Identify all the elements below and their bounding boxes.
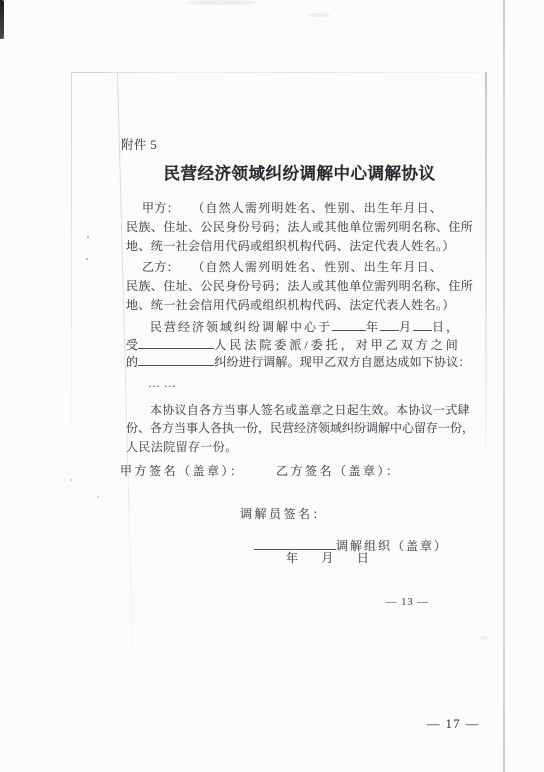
effect-line-1: 本协议自各方当事人签名或盖章之日起生效。本协议一式肆: [150, 404, 470, 416]
mediation-line-2-post: 人民法院委派/委托，对甲乙双方之间: [214, 338, 460, 352]
scan-smudge: [308, 13, 330, 17]
mediation-line-3-post: 纠纷进行调解。现甲乙双方自愿达成如下协议：: [214, 355, 470, 369]
mediation-year-label: 年: [366, 320, 380, 334]
outer-page-right-edge: [503, 0, 505, 772]
party-b-label: 乙方：: [142, 260, 179, 274]
scan-speck: [87, 236, 89, 238]
mediation-day-label: 日，: [432, 320, 460, 334]
scan-smudge: [185, 0, 257, 5]
fill-in-blank-court: [138, 336, 214, 349]
party-b-note-1: （自然人需列明姓名、性别、出生年月日、: [198, 260, 443, 274]
effect-line-3: 人民法院留存一份。: [126, 441, 238, 453]
scanned-document-page: 附件 5 民营经济领域纠纷调解中心调解协议 甲方：（自然人需列明姓名、性别、出生…: [0, 0, 544, 772]
mediation-line-3: 的纠纷进行调解。现甲乙双方自愿达成如下协议：: [126, 353, 471, 368]
party-b-line-2: 民族、住址、公民身份号码；法人或其他单位需列明名称、住所: [126, 280, 473, 292]
mediation-month-label: 月: [399, 320, 413, 334]
party-a-note-1: （自然人需列明姓名、性别、出生年月日、: [198, 201, 443, 215]
scan-speck: [70, 479, 72, 481]
inner-page-number: — 13 —: [386, 598, 429, 609]
mediation-line-1: 民营经济领域纠纷调解中心于年月日，: [150, 318, 460, 333]
fill-in-blank-month: [380, 318, 399, 331]
fill-in-blank-year: [332, 318, 366, 331]
inner-page-left-edge: [71, 73, 72, 428]
party-a-line-3: 地、统一社会信用代码或组织机构代码、法定代表人姓名。）: [126, 240, 455, 252]
party-a-line-2: 民族、住址、公民身份号码；法人或其他单位需列明名称、住所: [126, 221, 473, 233]
mediation-line-2-pre: 受: [126, 338, 138, 352]
fill-in-blank-day: [413, 318, 432, 331]
mediation-line-3-pre: 的: [126, 355, 138, 369]
mediation-line-2: 受人民法院委派/委托，对甲乙双方之间: [126, 336, 461, 351]
scanner-edge-mark: [0, 0, 4, 39]
mediation-org-line: 调解组织（盖章）: [254, 537, 448, 552]
scan-smudge: [480, 636, 488, 640]
date-year-label: 年: [286, 551, 298, 565]
party-b-line-3: 地、统一社会信用代码或组织机构代码、法定代表人姓名。）: [126, 299, 455, 311]
scan-speck: [97, 496, 99, 498]
outer-page-number: — 17 —: [427, 718, 480, 731]
party-b-signature-label: 乙方签名（盖章）：: [276, 465, 401, 477]
attachment-label: 附件 5: [121, 139, 157, 152]
party-a-line-1: 甲方：（自然人需列明姓名、性别、出生年月日、: [142, 202, 443, 214]
date-day-label: 日: [357, 551, 369, 565]
party-a-label: 甲方：: [142, 201, 179, 215]
document-title: 民营经济领域纠纷调解中心调解协议: [126, 166, 473, 183]
mediation-org-label: 调解组织（盖章）: [336, 539, 448, 553]
mediator-signature-label: 调解员签名：: [240, 508, 327, 520]
party-b-line-1: 乙方：（自然人需列明姓名、性别、出生年月日、: [142, 261, 443, 273]
inner-page-top-edge: [71, 72, 487, 73]
scan-speck: [86, 258, 88, 260]
date-month-label: 月: [321, 551, 333, 565]
effect-line-2: 份、各方当事人各执一份，民营经济领域纠纷调解中心留存一份，: [126, 422, 474, 434]
inner-page-right-edge: [485, 72, 487, 452]
agreement-ellipsis: … …: [148, 377, 176, 389]
document-title-text: 民营经济领域纠纷调解中心调解协议: [164, 164, 436, 183]
fill-in-blank-dispute: [138, 353, 214, 366]
date-line: 年月日: [286, 552, 369, 564]
party-a-signature-label: 甲方签名（盖章）：: [120, 465, 245, 477]
fill-in-blank-org-name: [254, 537, 336, 550]
mediation-line-1-text: 民营经济领域纠纷调解中心于: [150, 320, 332, 334]
